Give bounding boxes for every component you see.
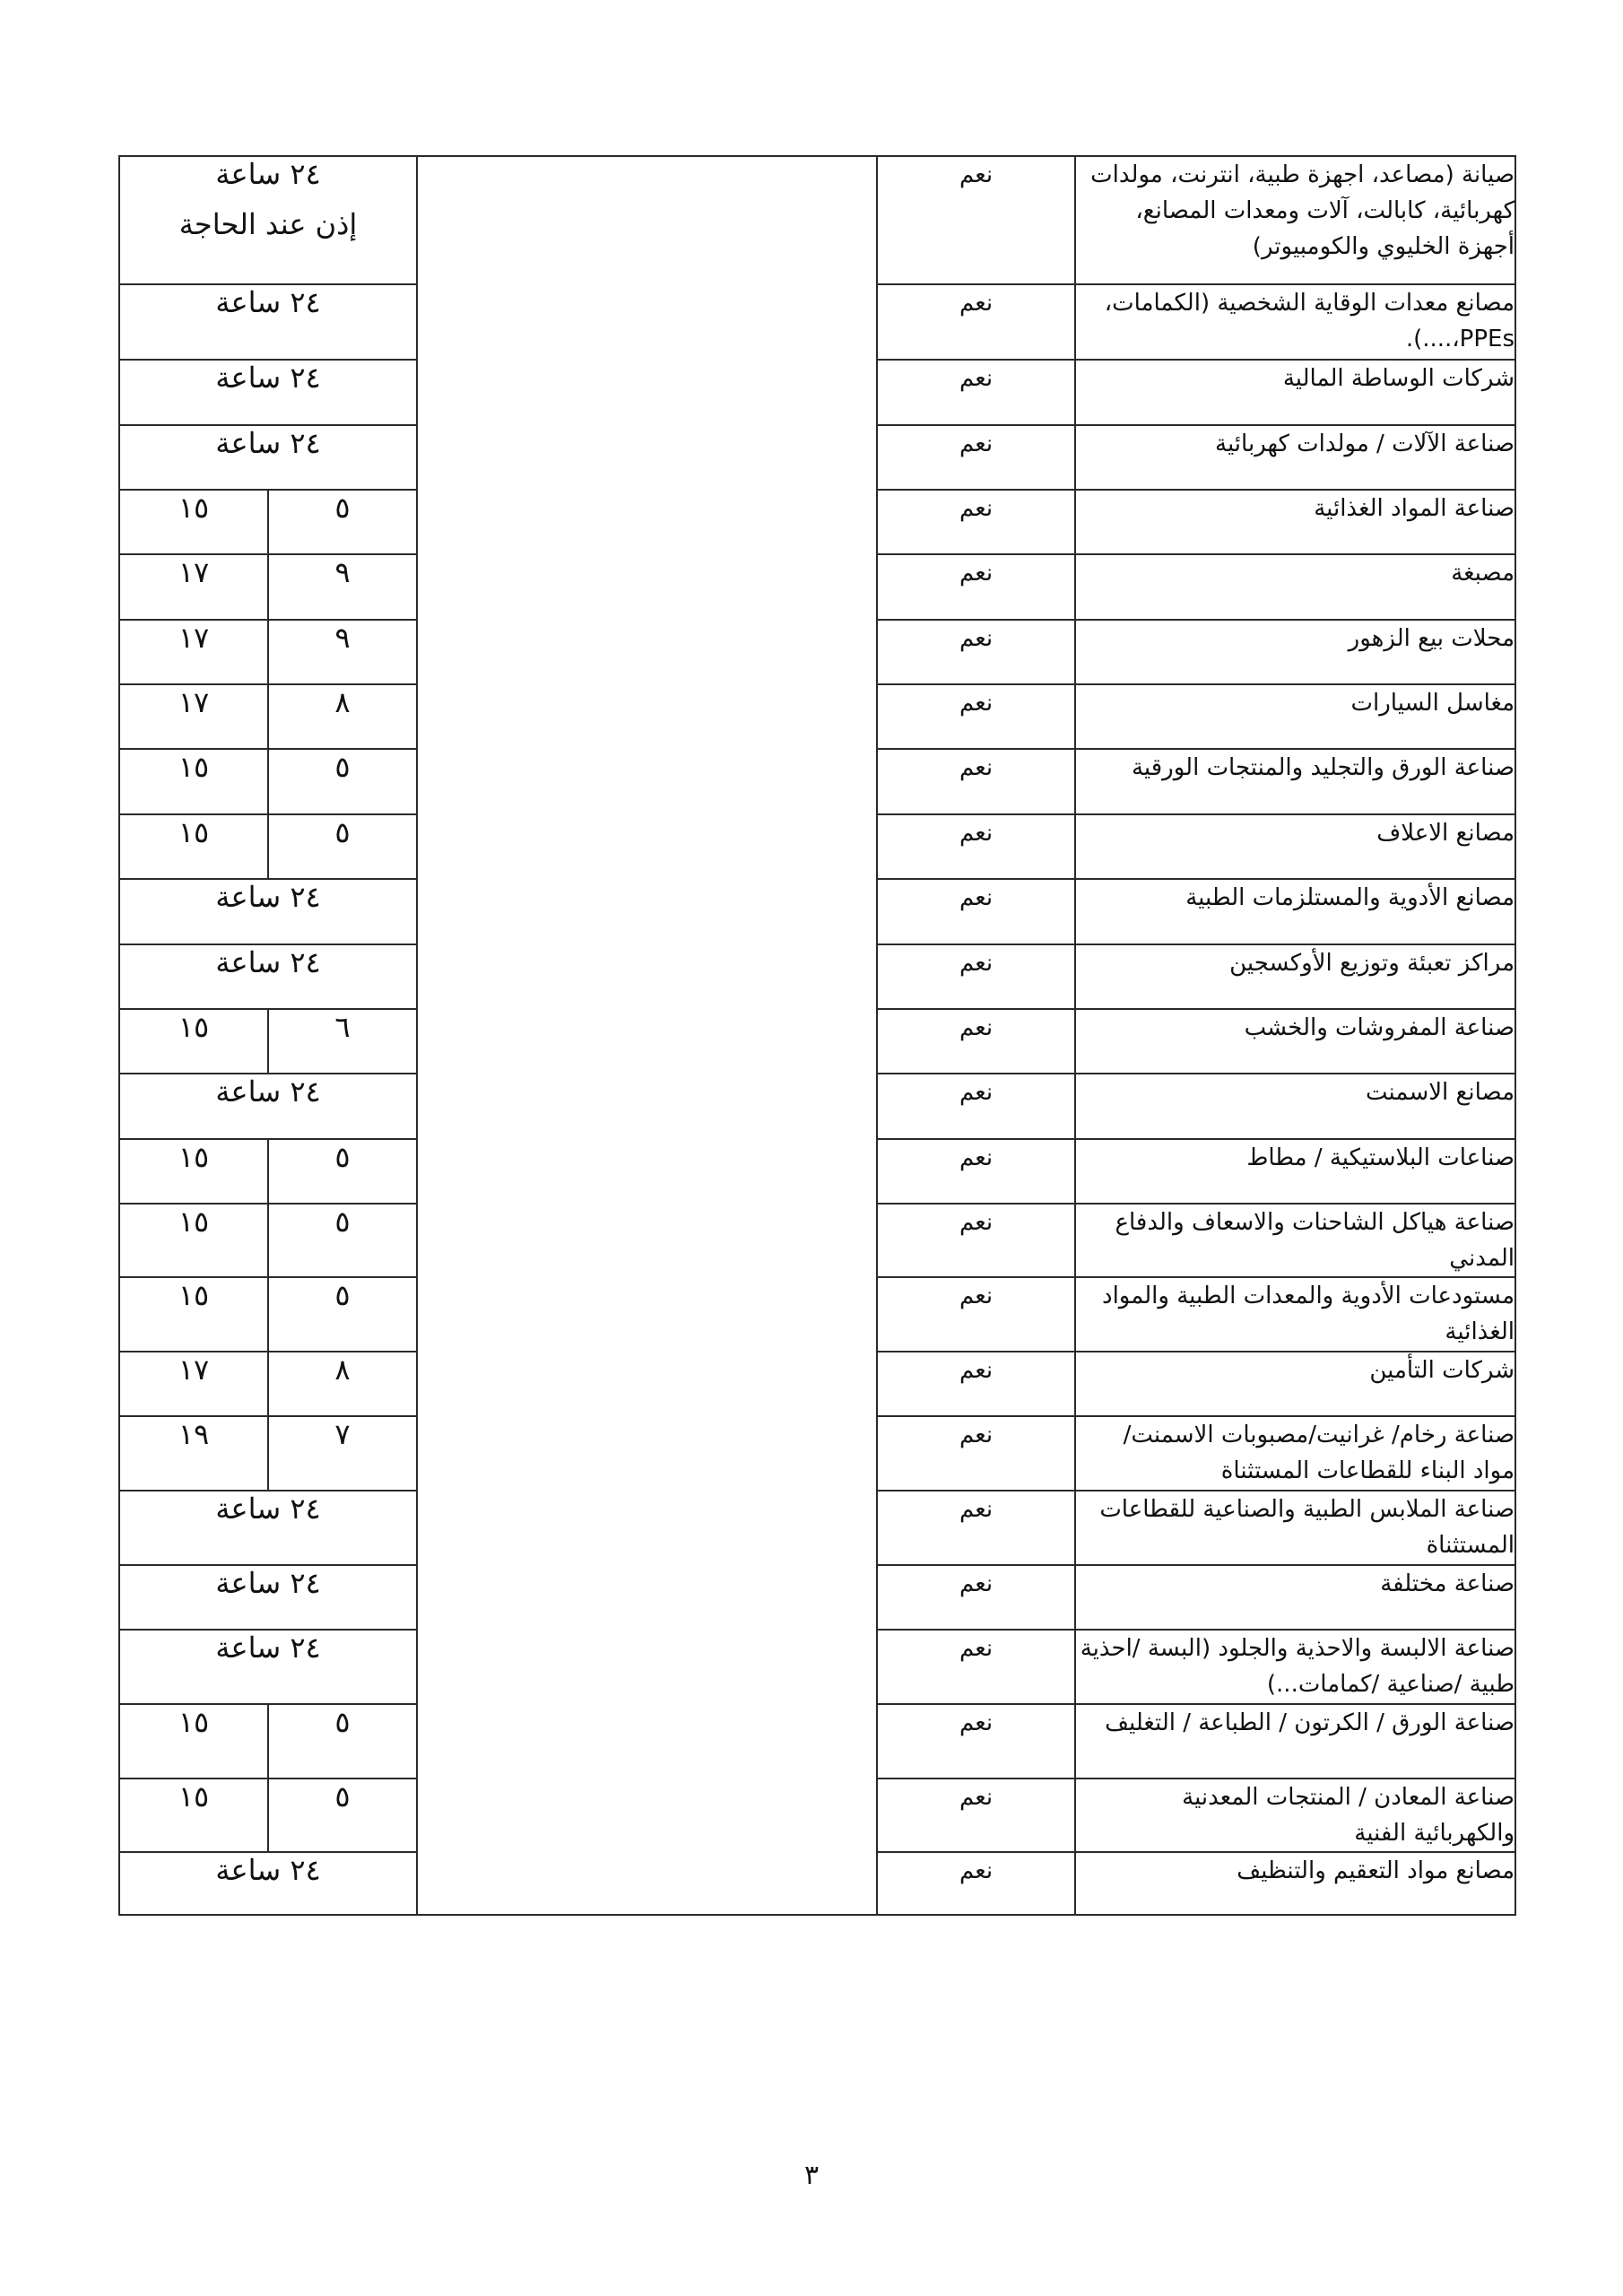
allowed-cell: نعم <box>877 944 1075 1009</box>
allowed-cell: نعم <box>877 1416 1075 1491</box>
opening-hour: ٧ <box>268 1416 417 1491</box>
hours-value: ٢٤ ساعة <box>215 157 320 191</box>
hours-cell: ٢٤ ساعة <box>119 944 417 1009</box>
hours-cell: ٢٤ ساعة <box>119 1630 417 1704</box>
activity-name: صناعة الالبسة والاحذية والجلود (البسة /ا… <box>1075 1630 1515 1704</box>
activity-name: صناعة الورق / الكرتون / الطباعة / التغلي… <box>1075 1704 1515 1779</box>
hours-value: ٢٤ ساعة <box>215 880 320 914</box>
hours-cell: ٢٤ ساعة <box>119 879 417 944</box>
activity-name: صناعات البلاستيكية / مطاط <box>1075 1139 1515 1204</box>
opening-hour: ٨ <box>268 684 417 749</box>
table-row: ١٥٦نعمصناعة المفروشات والخشب <box>119 1009 1515 1074</box>
allowed-cell: نعم <box>877 554 1075 620</box>
activity-name: صناعة رخام/ غرانيت/مصبوبات الاسمنت/ مواد… <box>1075 1416 1515 1491</box>
hours-value: ٢٤ ساعة <box>215 285 320 319</box>
hours-value: ٢٤ ساعة <box>215 1074 320 1109</box>
activity-name: صناعة الملابس الطبية والصناعية للقطاعات … <box>1075 1491 1515 1565</box>
closing-hour: ١٧ <box>119 554 268 620</box>
opening-hour: ٩ <box>268 620 417 684</box>
opening-hour: ٥ <box>268 490 417 554</box>
table-row: ١٧٨نعمشركات التأمين <box>119 1352 1515 1416</box>
notes-cell <box>417 1491 877 1565</box>
hours-cell: ٢٤ ساعة <box>119 425 417 490</box>
notes-cell <box>417 1779 877 1852</box>
notes-cell <box>417 284 877 360</box>
table-row: ٢٤ ساعةنعممصانع الأدوية والمستلزمات الطب… <box>119 879 1515 944</box>
hours-cell: ٢٤ ساعة <box>119 284 417 360</box>
allowed-cell: نعم <box>877 490 1075 554</box>
table-row: ٢٤ ساعةنعمصناعة الالبسة والاحذية والجلود… <box>119 1630 1515 1704</box>
table-row: ١٥٥نعممصانع الاعلاف <box>119 814 1515 879</box>
closing-hour: ١٧ <box>119 684 268 749</box>
activity-name: صيانة (مصاعد، اجهزة طبية، انترنت، مولدات… <box>1075 156 1515 284</box>
opening-hour: ٥ <box>268 1139 417 1204</box>
allowed-cell: نعم <box>877 156 1075 284</box>
table-row: ١٩٧نعمصناعة رخام/ غرانيت/مصبوبات الاسمنت… <box>119 1416 1515 1491</box>
activity-name: مصانع الأدوية والمستلزمات الطبية <box>1075 879 1515 944</box>
hours-value: ٢٤ ساعة <box>215 1492 320 1526</box>
allowed-cell: نعم <box>877 1852 1075 1915</box>
notes-cell <box>417 554 877 620</box>
table-row: ١٥٥نعمصناعات البلاستيكية / مطاط <box>119 1139 1515 1204</box>
allowed-cell: نعم <box>877 620 1075 684</box>
notes-cell <box>417 360 877 425</box>
closing-hour: ١٥ <box>119 1277 268 1352</box>
allowed-cell: نعم <box>877 749 1075 814</box>
table-row: ٢٤ ساعةنعممصانع معدات الوقاية الشخصية (ا… <box>119 284 1515 360</box>
allowed-cell: نعم <box>877 1074 1075 1139</box>
notes-cell <box>417 1277 877 1352</box>
opening-hour: ٥ <box>268 749 417 814</box>
allowed-cell: نعم <box>877 814 1075 879</box>
hours-value: ٢٤ ساعة <box>215 426 320 460</box>
hours-cell: ٢٤ ساعة <box>119 1852 417 1915</box>
notes-cell <box>417 425 877 490</box>
table-row: ٢٤ ساعةنعمصناعة الملابس الطبية والصناعية… <box>119 1491 1515 1565</box>
allowed-cell: نعم <box>877 1139 1075 1204</box>
closing-hour: ١٥ <box>119 814 268 879</box>
hours-value: ٢٤ ساعة <box>215 1631 320 1665</box>
activity-name: صناعة مختلفة <box>1075 1565 1515 1630</box>
closing-hour: ١٧ <box>119 620 268 684</box>
activity-name: مصانع الاعلاف <box>1075 814 1515 879</box>
hours-cell: ٢٤ ساعة <box>119 1565 417 1630</box>
table-row: ٢٤ ساعةنعممصانع مواد التعقيم والتنظيف <box>119 1852 1515 1915</box>
activity-name: صناعة الورق والتجليد والمنتجات الورقية <box>1075 749 1515 814</box>
table-row: ١٥٥نعمصناعة المواد الغذائية <box>119 490 1515 554</box>
allowed-cell: نعم <box>877 1704 1075 1779</box>
table-row: ٢٤ ساعةنعممراكز تعبئة وتوزيع الأوكسجين <box>119 944 1515 1009</box>
activity-name: صناعة المواد الغذائية <box>1075 490 1515 554</box>
activity-name: صناعة الآلات / مولدات كهربائية <box>1075 425 1515 490</box>
hours-value: ٢٤ ساعة <box>215 945 320 979</box>
table-row: ٢٤ ساعةنعمصناعة الآلات / مولدات كهربائية <box>119 425 1515 490</box>
allowed-cell: نعم <box>877 360 1075 425</box>
closing-hour: ١٥ <box>119 490 268 554</box>
notes-cell <box>417 490 877 554</box>
activity-name: صناعة المفروشات والخشب <box>1075 1009 1515 1074</box>
closing-hour: ١٥ <box>119 1009 268 1074</box>
activity-name: مستودعات الأدوية والمعدات الطبية والمواد… <box>1075 1277 1515 1352</box>
hours-value: ٢٤ ساعة <box>215 1853 320 1887</box>
table-row: ٢٤ ساعةنعمشركات الوساطة المالية <box>119 360 1515 425</box>
notes-cell <box>417 814 877 879</box>
notes-cell <box>417 156 877 284</box>
allowed-cell: نعم <box>877 1779 1075 1852</box>
notes-cell <box>417 1074 877 1139</box>
activity-name: مراكز تعبئة وتوزيع الأوكسجين <box>1075 944 1515 1009</box>
table-row: ٢٤ ساعةنعممصانع الاسمنت <box>119 1074 1515 1139</box>
activity-name: صناعة المعادن / المنتجات المعدنية والكهر… <box>1075 1779 1515 1852</box>
allowed-cell: نعم <box>877 425 1075 490</box>
table-row: ١٧٨نعممغاسل السيارات <box>119 684 1515 749</box>
allowed-cell: نعم <box>877 284 1075 360</box>
hours-value: ٢٤ ساعة <box>215 361 320 395</box>
opening-hour: ٥ <box>268 814 417 879</box>
notes-cell <box>417 1565 877 1630</box>
permit-note: إذن عند الحاجة <box>120 207 416 241</box>
closing-hour: ١٥ <box>119 1704 268 1779</box>
closing-hour: ١٥ <box>119 1139 268 1204</box>
table-row: ١٧٩نعممصبغة <box>119 554 1515 620</box>
notes-cell <box>417 1852 877 1915</box>
allowed-cell: نعم <box>877 1204 1075 1277</box>
notes-cell <box>417 879 877 944</box>
notes-cell <box>417 1704 877 1779</box>
table-body: ٢٤ ساعةإذن عند الحاجةنعمصيانة (مصاعد، اج… <box>119 156 1515 1915</box>
hours-cell: ٢٤ ساعة <box>119 360 417 425</box>
allowed-cell: نعم <box>877 1352 1075 1416</box>
allowed-cell: نعم <box>877 879 1075 944</box>
closing-hour: ١٥ <box>119 1204 268 1277</box>
table-row: ١٥٥نعمصناعة هياكل الشاحنات والاسعاف والد… <box>119 1204 1515 1277</box>
table-row: ٢٤ ساعةنعمصناعة مختلفة <box>119 1565 1515 1630</box>
notes-cell <box>417 684 877 749</box>
opening-hour: ٥ <box>268 1204 417 1277</box>
activity-name: مغاسل السيارات <box>1075 684 1515 749</box>
exemptions-table: ٢٤ ساعةإذن عند الحاجةنعمصيانة (مصاعد، اج… <box>118 155 1516 1916</box>
notes-cell <box>417 749 877 814</box>
notes-cell <box>417 1009 877 1074</box>
document-page: ٢٤ ساعةإذن عند الحاجةنعمصيانة (مصاعد، اج… <box>0 0 1623 2296</box>
allowed-cell: نعم <box>877 684 1075 749</box>
notes-cell <box>417 1139 877 1204</box>
opening-hour: ٦ <box>268 1009 417 1074</box>
activity-name: صناعة هياكل الشاحنات والاسعاف والدفاع ال… <box>1075 1204 1515 1277</box>
notes-cell <box>417 1352 877 1416</box>
table-row: ١٥٥نعمصناعة المعادن / المنتجات المعدنية … <box>119 1779 1515 1852</box>
activity-name: شركات الوساطة المالية <box>1075 360 1515 425</box>
activity-name: مصانع الاسمنت <box>1075 1074 1515 1139</box>
table-row: ١٥٥نعمصناعة الورق / الكرتون / الطباعة / … <box>119 1704 1515 1779</box>
activity-name: محلات بيع الزهور <box>1075 620 1515 684</box>
notes-cell <box>417 620 877 684</box>
closing-hour: ١٧ <box>119 1352 268 1416</box>
notes-cell <box>417 944 877 1009</box>
allowed-cell: نعم <box>877 1491 1075 1565</box>
allowed-cell: نعم <box>877 1277 1075 1352</box>
opening-hour: ٥ <box>268 1779 417 1852</box>
notes-cell <box>417 1204 877 1277</box>
opening-hour: ٩ <box>268 554 417 620</box>
opening-hour: ٥ <box>268 1704 417 1779</box>
table-row: ١٥٥نعمصناعة الورق والتجليد والمنتجات الو… <box>119 749 1515 814</box>
table-row: ١٥٥نعممستودعات الأدوية والمعدات الطبية و… <box>119 1277 1515 1352</box>
hours-value: ٢٤ ساعة <box>215 1566 320 1600</box>
opening-hour: ٥ <box>268 1277 417 1352</box>
activity-name: مصانع معدات الوقاية الشخصية (الكمامات، P… <box>1075 284 1515 360</box>
hours-cell: ٢٤ ساعة <box>119 1491 417 1565</box>
hours-cell: ٢٤ ساعة <box>119 1074 417 1139</box>
activity-name: مصانع مواد التعقيم والتنظيف <box>1075 1852 1515 1915</box>
table-row: ١٧٩نعممحلات بيع الزهور <box>119 620 1515 684</box>
activity-name: مصبغة <box>1075 554 1515 620</box>
page-number: ٣ <box>0 2160 1623 2191</box>
closing-hour: ١٥ <box>119 1779 268 1852</box>
closing-hour: ١٩ <box>119 1416 268 1491</box>
table-row: ٢٤ ساعةإذن عند الحاجةنعمصيانة (مصاعد، اج… <box>119 156 1515 284</box>
allowed-cell: نعم <box>877 1630 1075 1704</box>
allowed-cell: نعم <box>877 1565 1075 1630</box>
activity-name: شركات التأمين <box>1075 1352 1515 1416</box>
hours-cell: ٢٤ ساعةإذن عند الحاجة <box>119 156 417 284</box>
notes-cell <box>417 1416 877 1491</box>
closing-hour: ١٥ <box>119 749 268 814</box>
notes-cell <box>417 1630 877 1704</box>
allowed-cell: نعم <box>877 1009 1075 1074</box>
opening-hour: ٨ <box>268 1352 417 1416</box>
